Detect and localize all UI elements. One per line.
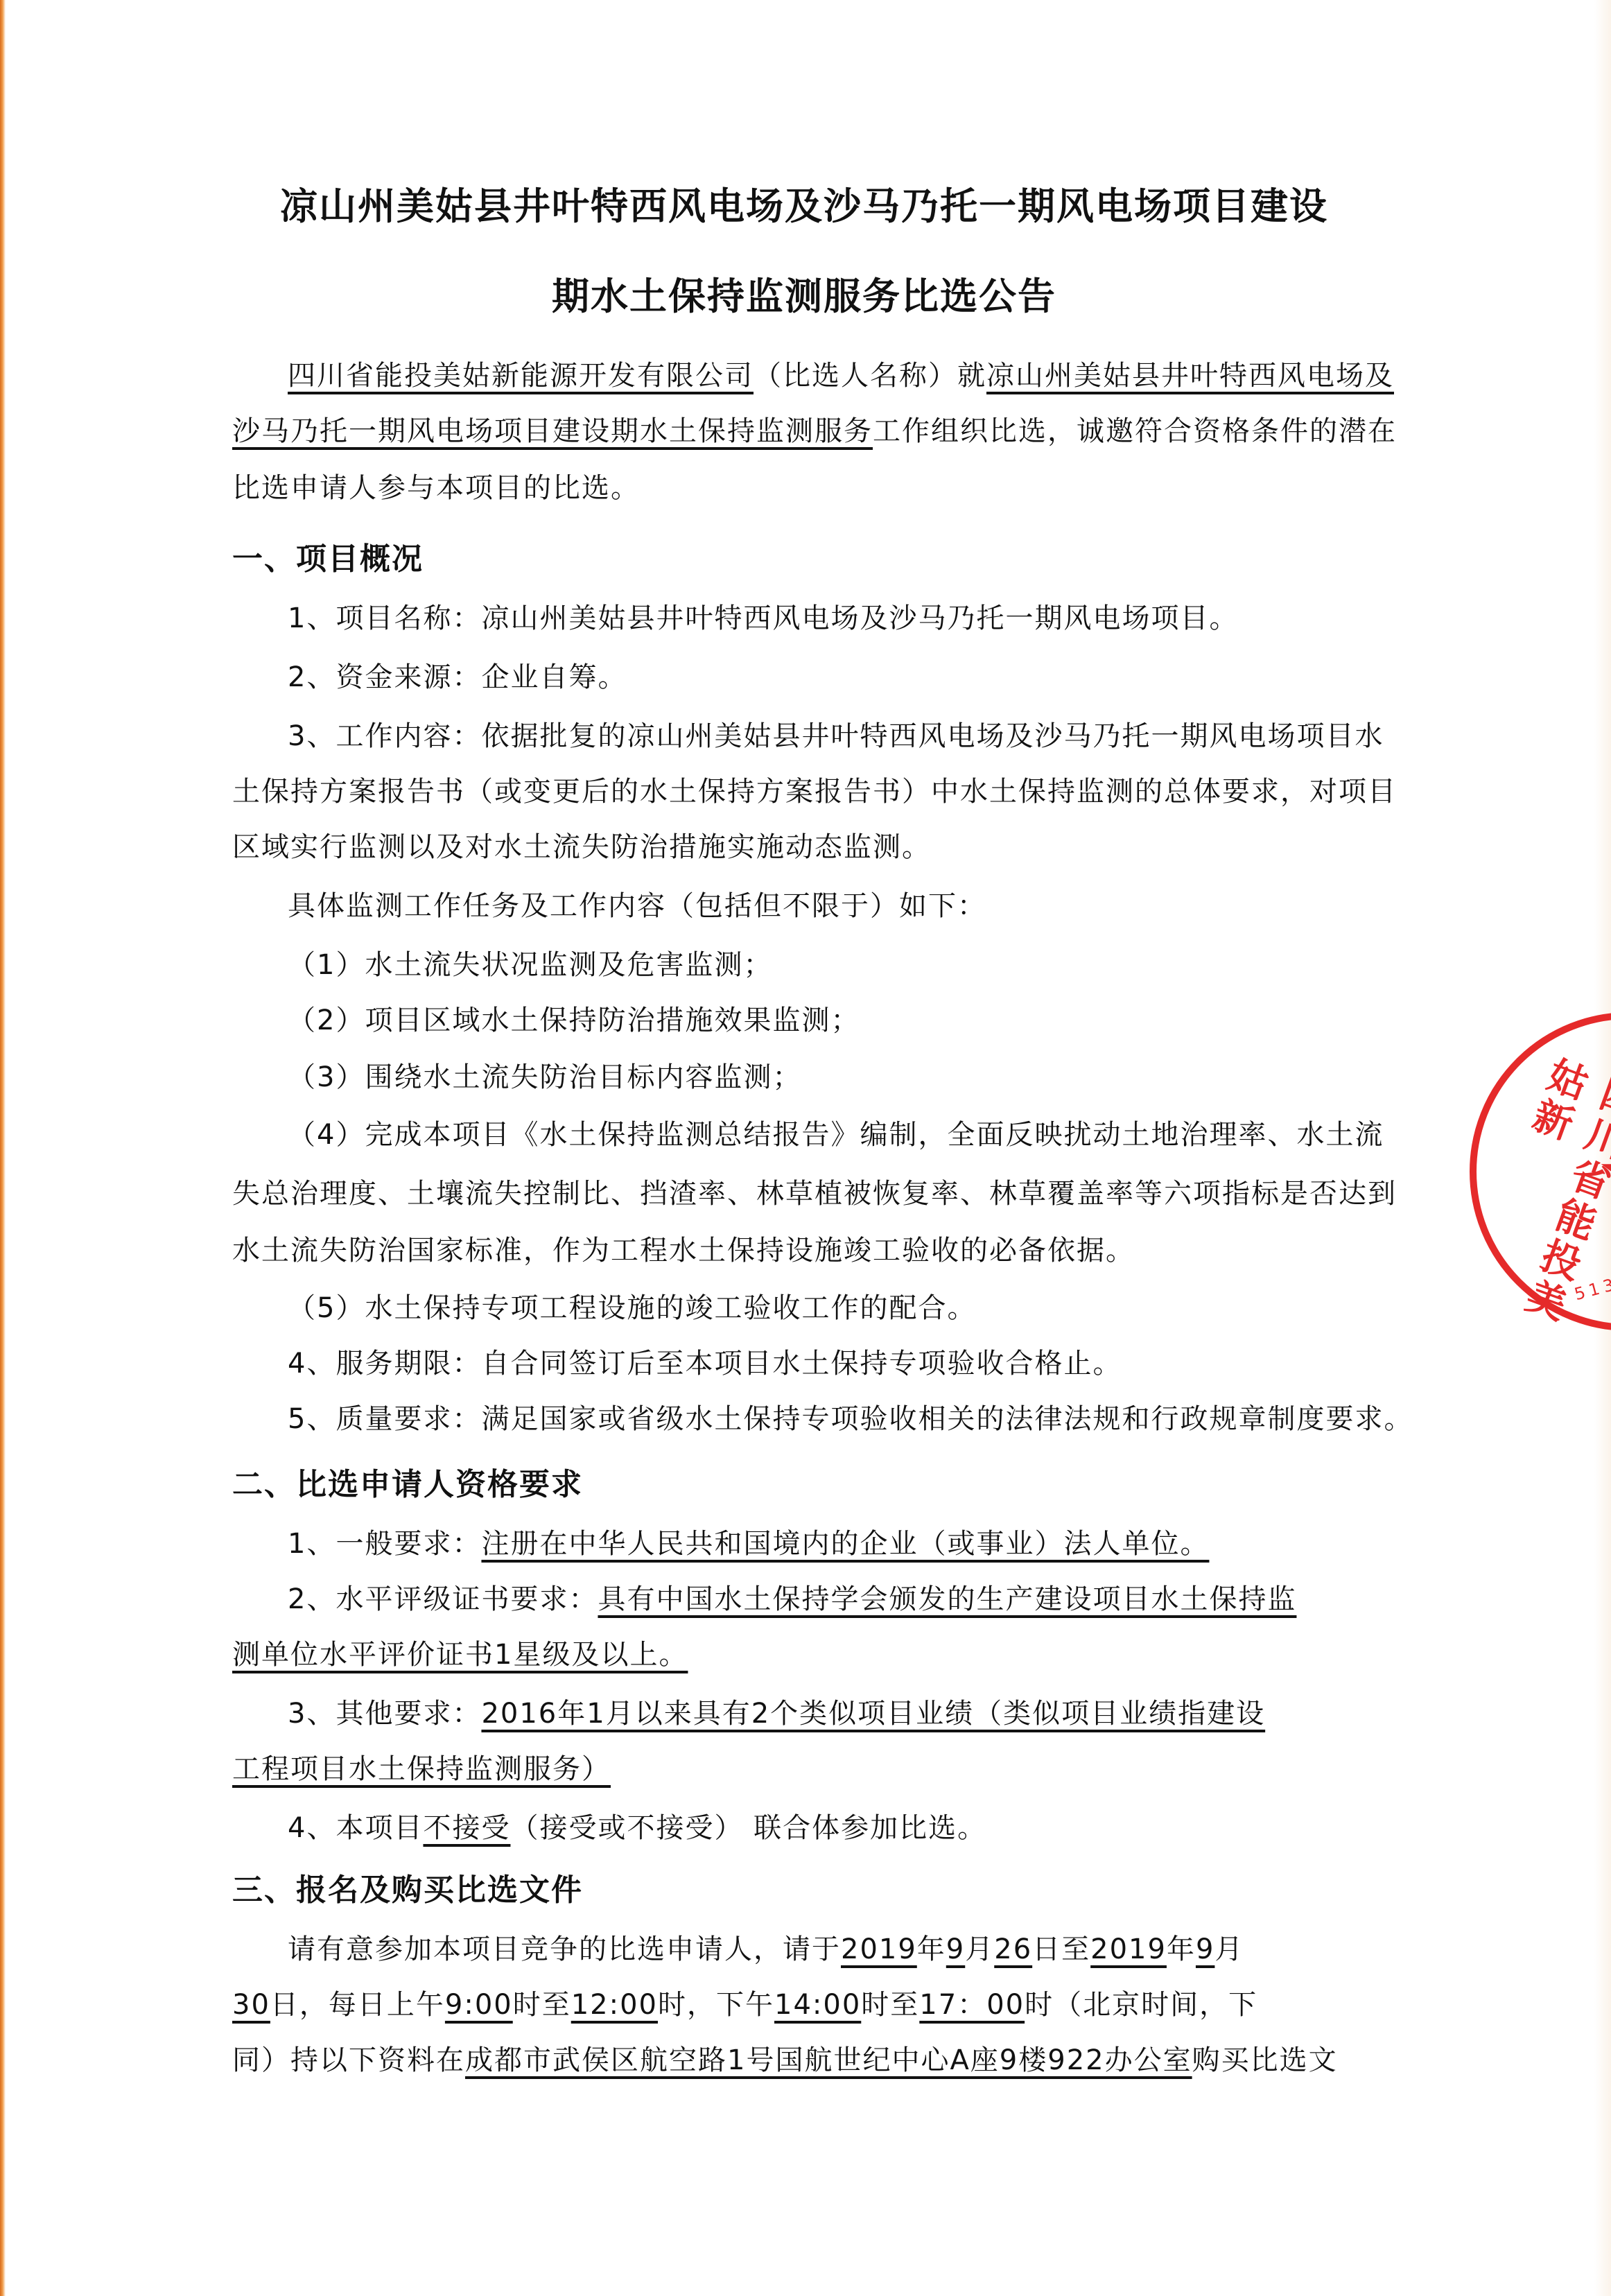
intro-line3: 比选申请人参与本项目的比选。 [232, 466, 640, 505]
s1-item3-l1: 3、工作内容：依据批复的凉山州美姑县井叶特西风电场及沙马乃托一期风电场项目水 [288, 714, 1384, 754]
s2-req4: 4、本项目不接受（接受或不接受） 联合体参加比选。 [288, 1806, 986, 1845]
s1-item2: 2、资金来源：企业自筹。 [288, 655, 627, 695]
s1-tasks-intro: 具体监测工作任务及工作内容（包括但不限于）如下： [288, 884, 986, 923]
section3-heading: 三、报名及购买比选文件 [232, 1865, 583, 1909]
document-title-line2: 期水土保持监测服务比选公告 [208, 267, 1400, 320]
s3-line3: 同）持以下资料在成都市武侯区航空路1号国航世纪中心A座9楼922办公室购买比选文 [232, 2038, 1338, 2078]
s3-line1: 请有意参加本项目竞争的比选申请人，请于2019年9月26日至2019年9月 [288, 1927, 1244, 1967]
s1-task3: （3）围绕水土流失防治目标内容监测； [288, 1055, 801, 1095]
intro-line1: 四川省能投美姑新能源开发有限公司（比选人名称）就凉山州美姑县井叶特西风电场及 [288, 354, 1394, 393]
project-name: 沙马乃托一期风电场项目建设期水土保持监测服务 [232, 415, 873, 447]
s1-task4-l1: （4）完成本项目《水土保持监测总结报告》编制，全面反映扰动土地治理率、水土流 [288, 1113, 1384, 1152]
s1-task2: （2）项目区域水土保持防治措施效果监测； [288, 998, 860, 1038]
s1-item3-l3: 区域实行监测以及对水土流失防治措施实施动态监测。 [232, 825, 931, 864]
s1-task5: （5）水土保持专项工程设施的竣工验收工作的配合。 [288, 1286, 976, 1325]
s2-req2-l1: 2、水平评级证书要求：具有中国水土保持学会颁发的生产建设项目水土保持监 [288, 1577, 1296, 1617]
intro-line2: 沙马乃托一期风电场项目建设期水土保持监测服务工作组织比选，诚邀符合资格条件的潜在 [232, 409, 1397, 449]
s2-req3-l2: 工程项目水土保持监测服务） [232, 1747, 611, 1786]
document-title-line1: 凉山州美姑县井叶特西风电场及沙马乃托一期风电场项目建设 [208, 177, 1400, 230]
star-icon: ★ [1594, 1123, 1611, 1227]
s2-req3-l1: 3、其他要求：2016年1月以来具有2个类似项目业绩（类似项目业绩指建设 [288, 1691, 1265, 1731]
s1-item5: 5、质量要求：满足国家或省级水土保持专项验收相关的法律法规和行政规章制度要求。 [288, 1397, 1413, 1436]
s3-line2: 30日，每日上午9:00时至12:00时，下午14:00时至17：00时（北京时… [232, 1983, 1257, 2022]
s2-req1: 1、一般要求：注册在中华人民共和国境内的企业（或事业）法人单位。 [288, 1522, 1209, 1561]
bidder-name: 四川省能投美姑新能源开发有限公司 [288, 360, 754, 392]
document-page: 凉山州美姑县井叶特西风电场及沙马乃托一期风电场项目建设 期水土保持监测服务比选公… [0, 0, 1611, 2296]
company-seal-stamp: 四川省能投美姑新 ★ 51343 [1470, 1012, 1611, 1331]
s1-item3-l2: 土保持方案报告书（或变更后的水土保持方案报告书）中水土保持监测的总体要求，对项目 [232, 769, 1397, 809]
purchase-address: 成都市武侯区航空路1号国航世纪中心A座9楼922办公室 [465, 2044, 1192, 2076]
s1-task4-l2: 失总治理度、土壤流失控制比、挡渣率、林草植被恢复率、林草覆盖率等六项指标是否达到 [232, 1172, 1397, 1211]
s1-task4-l3: 水土流失防治国家标准，作为工程水土保持设施竣工验收的必备依据。 [232, 1228, 1135, 1268]
s1-task1: （1）水土流失状况监测及危害监测； [288, 943, 772, 982]
section2-heading: 二、比选申请人资格要求 [232, 1459, 583, 1504]
s1-item4: 4、服务期限：自合同签订后至本项目水土保持专项验收合格止。 [288, 1341, 1122, 1381]
section1-heading: 一、项目概况 [232, 534, 424, 578]
s1-item1: 1、项目名称：凉山州美姑县井叶特西风电场及沙马乃托一期风电场项目。 [288, 596, 1238, 636]
s2-req2-l2: 测单位水平评价证书1星级及以上。 [232, 1633, 688, 1672]
